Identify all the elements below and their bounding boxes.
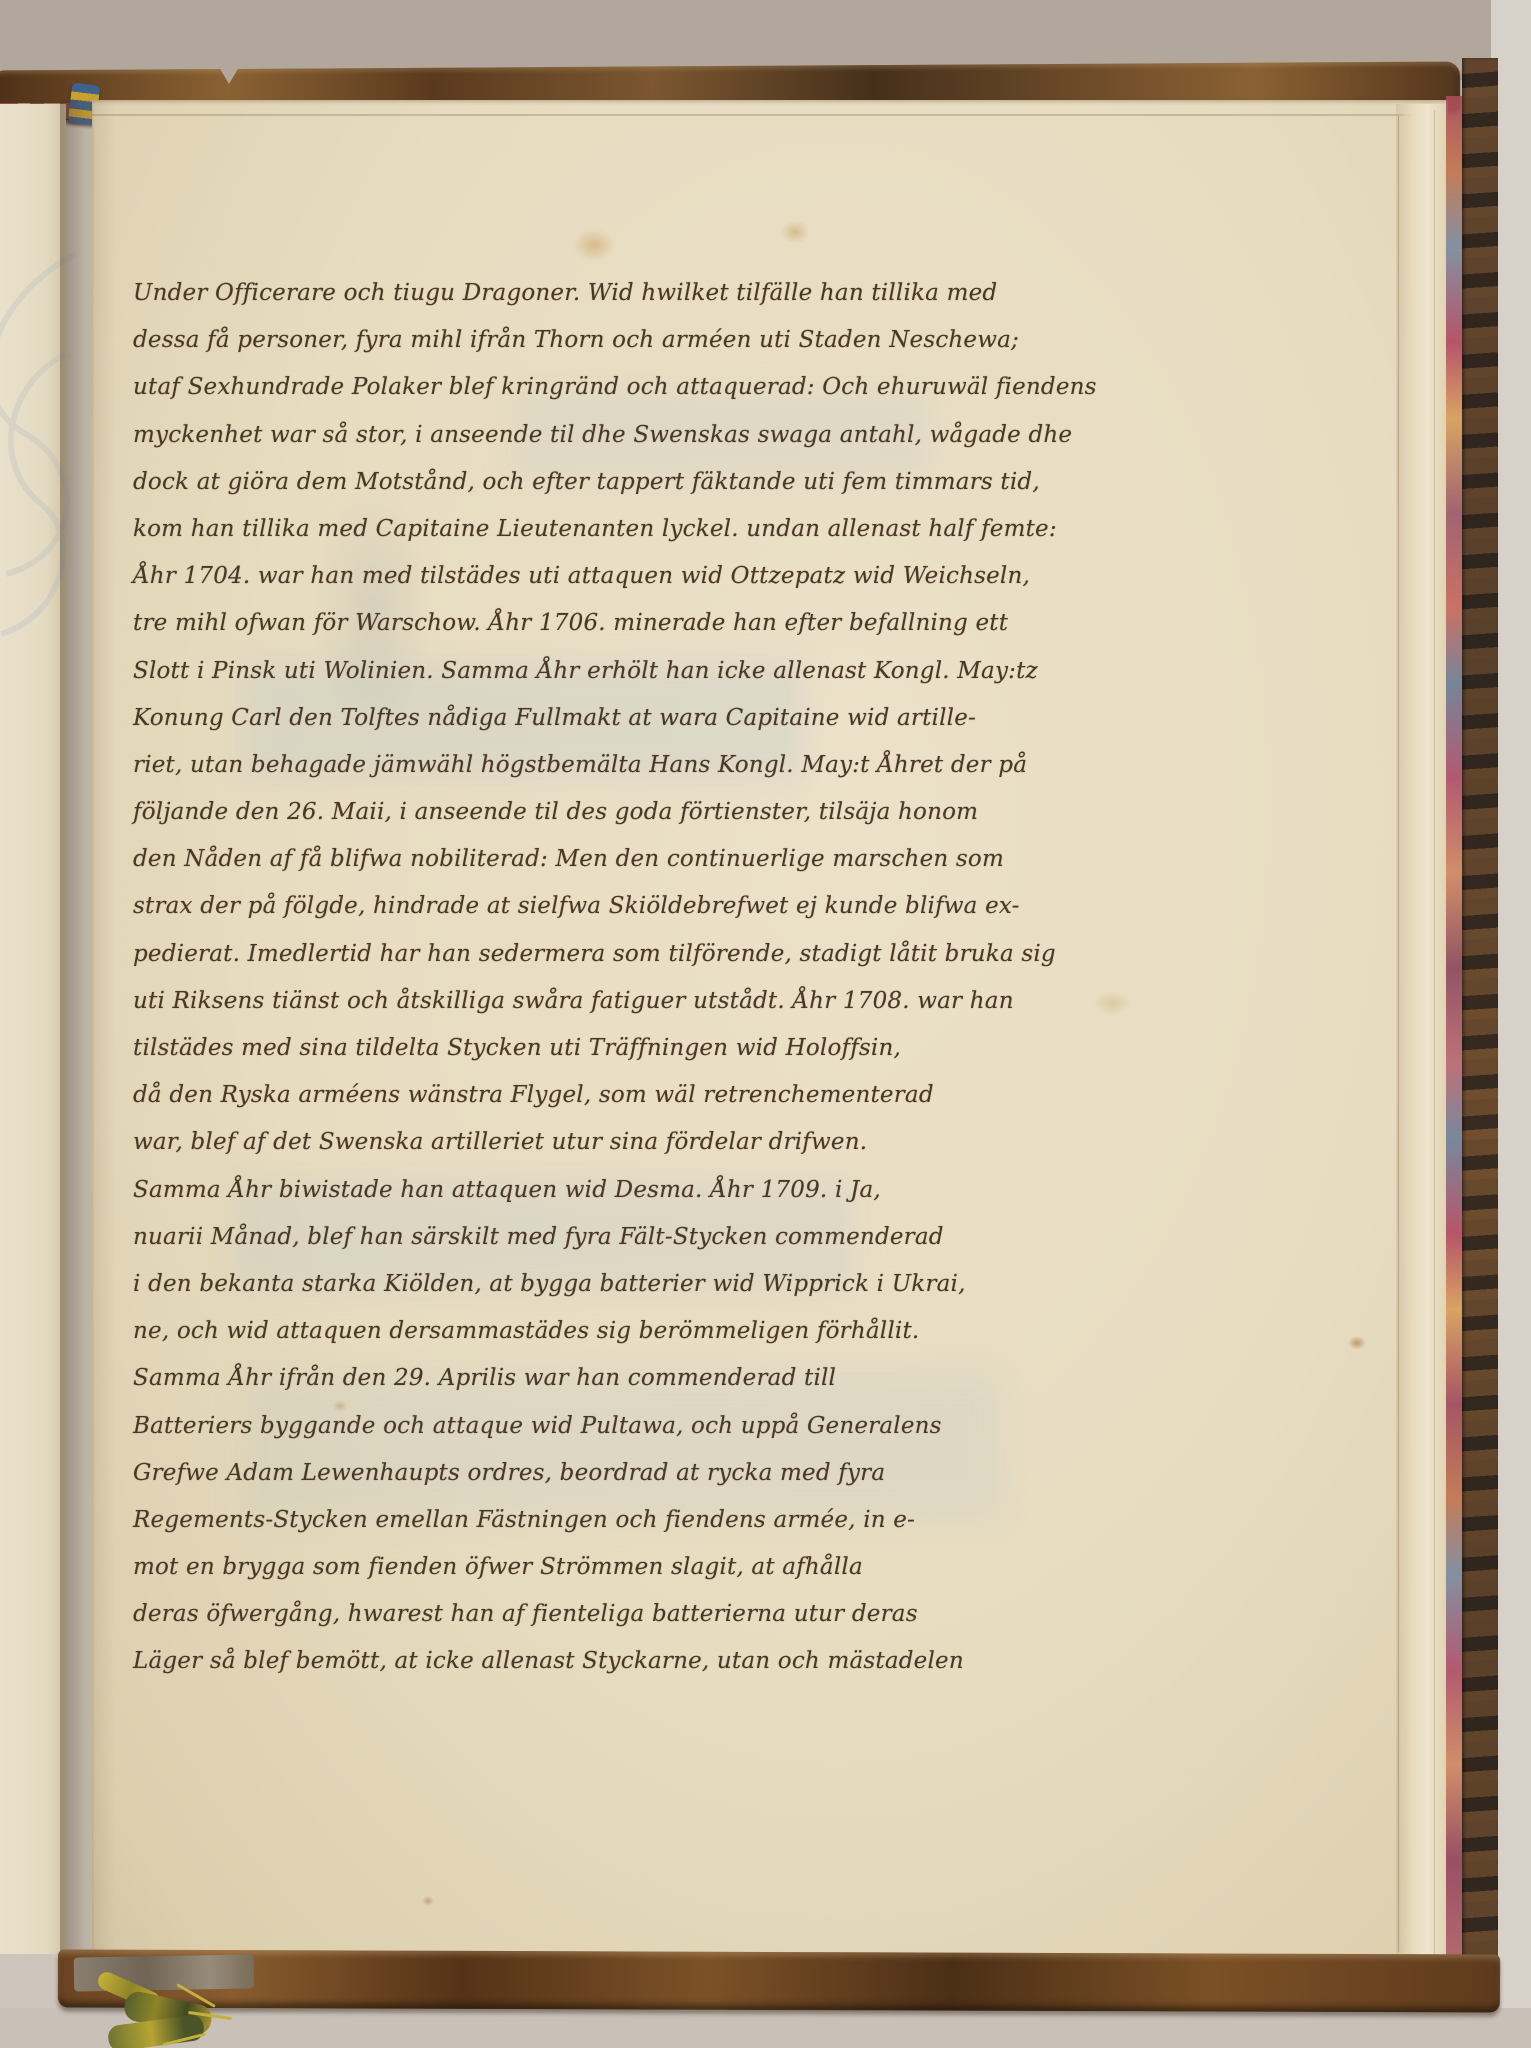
page-crease: [1398, 116, 1399, 1952]
manuscript-line: war, blef af det Swenska artilleriet utu…: [133, 1119, 963, 1166]
manuscript-line: tre mihl ofwan för Warschow. Åhr 1706. m…: [133, 600, 963, 647]
previous-page-edge: [0, 104, 66, 1954]
manuscript-line: nuarii Månad, blef han särskilt med fyra…: [133, 1214, 963, 1261]
manuscript-line: utaf Sexhundrade Polaker blef kringränd …: [133, 364, 963, 411]
manuscript-line: Konung Carl den Tolftes nådiga Fullmakt …: [133, 695, 963, 742]
gutter-shadow: [60, 100, 116, 1956]
manuscript-line: dock at giöra dem Motstånd, och efter ta…: [133, 459, 963, 506]
manuscript-line: myckenhet war så stor, i anseende til dh…: [133, 412, 963, 459]
manuscript-line: pedierat. Imedlertid har han sedermera s…: [133, 931, 963, 978]
page-crease: [1434, 110, 1435, 1954]
manuscript-line: kom han tillika med Capitaine Lieutenant…: [133, 506, 963, 553]
binding-bottom-edge: [58, 1949, 1500, 2012]
manuscript-line: Grefwe Adam Lewenhaupts ordres, beordrad…: [133, 1450, 963, 1497]
manuscript-text: Under Officerare och tiugu Dragoner. Wid…: [133, 270, 963, 1686]
manuscript-line: dessa få personer, fyra mihl ifrån Thorn…: [133, 317, 963, 364]
manuscript-line: då den Ryska arméens wänstra Flygel, som…: [133, 1072, 963, 1119]
manuscript-line: den Nåden af få blifwa nobiliterad: Men …: [133, 836, 963, 883]
manuscript-line: i den bekanta starka Kiölden, at bygga b…: [133, 1261, 963, 1308]
manuscript-line: uti Riksens tiänst och åtskilliga swåra …: [133, 978, 963, 1025]
manuscript-line: Slott i Pinsk uti Wolinien. Samma Åhr er…: [133, 648, 963, 695]
manuscript-line: Samma Åhr biwistade han attaquen wid Des…: [133, 1167, 963, 1214]
manuscript-line: strax der på fölgde, hindrade at sielfwa…: [133, 883, 963, 930]
bookmark-tassel: [78, 1980, 248, 2048]
manuscript-line: deras öfwergång, hwarest han af fienteli…: [133, 1591, 963, 1638]
manuscript-line: Samma Åhr ifrån den 29. Aprilis war han …: [133, 1355, 963, 1402]
manuscript-line: mot en brygga som fienden öfwer Strömmen…: [133, 1544, 963, 1591]
manuscript-line: Batteriers byggande och attaque wid Pult…: [133, 1403, 963, 1450]
manuscript-line: ne, och wid attaquen dersammastädes sig …: [133, 1308, 963, 1355]
page-top-edge: [92, 114, 1448, 116]
manuscript-line: följande den 26. Maii, i anseende til de…: [133, 789, 963, 836]
paper-stain: [1092, 990, 1132, 1016]
manuscript-line: Läger så blef bemött, at icke allenast S…: [133, 1638, 963, 1685]
paper-stain: [422, 1896, 434, 1906]
paper-stain: [780, 220, 810, 244]
marbled-fore-edge: [1446, 96, 1463, 1992]
paper-stain: [1348, 1336, 1366, 1350]
manuscript-line: Regements-Stycken emellan Fästningen och…: [133, 1497, 963, 1544]
manuscript-line: Under Officerare och tiugu Dragoner. Wid…: [133, 270, 963, 317]
manuscript-line: riet, utan behagade jämwähl högstbemälta…: [133, 742, 963, 789]
manuscript-line: tilstädes med sina tildelta Stycken uti …: [133, 1025, 963, 1072]
manuscript-line: Åhr 1704. war han med tilstädes uti atta…: [133, 553, 963, 600]
binding-right-edge: [1462, 58, 1498, 2002]
paper-stain: [572, 228, 616, 262]
page-edge-band: [1396, 104, 1448, 1954]
